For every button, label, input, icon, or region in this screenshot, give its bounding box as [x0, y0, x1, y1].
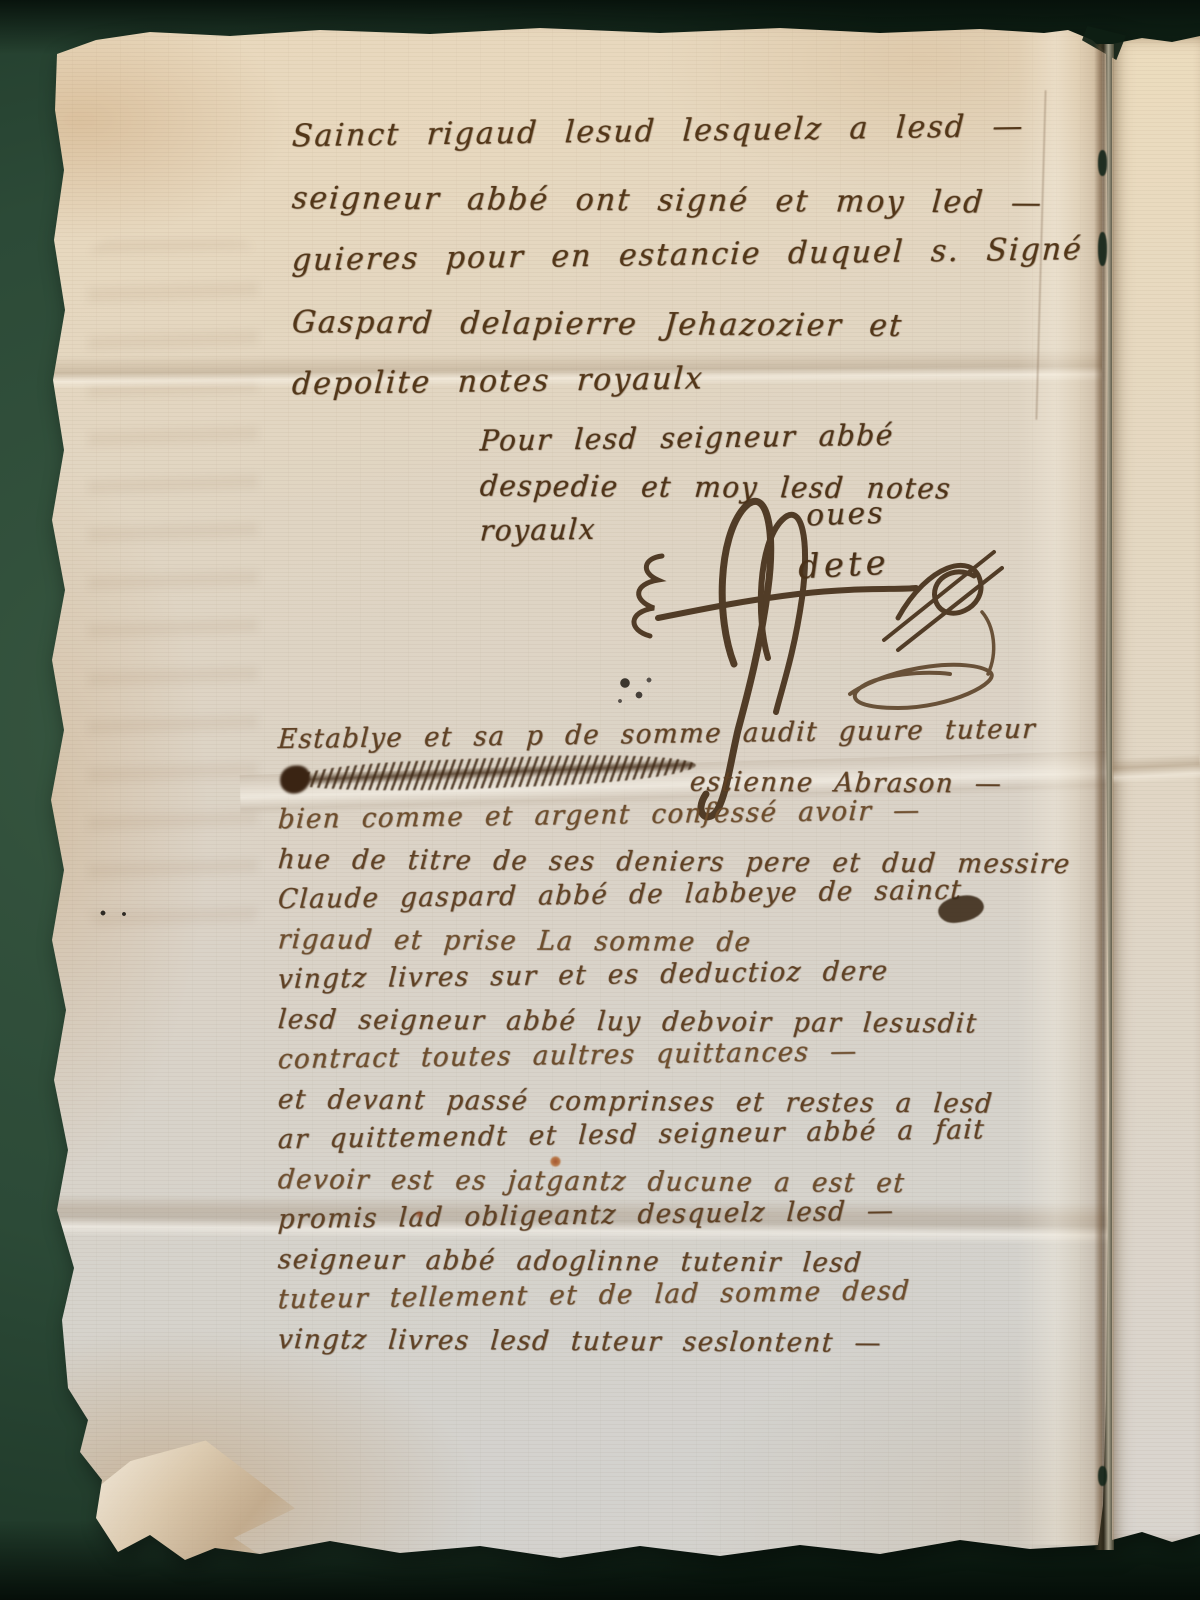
body-paragraph: Establye et sa p de somme audit guure tu…	[278, 720, 1071, 1360]
rust-stain	[550, 1156, 561, 1167]
ink-showthrough	[88, 240, 258, 930]
ink-specks	[98, 906, 132, 920]
ink-specks	[614, 670, 660, 716]
stitch-hole	[1098, 1466, 1107, 1486]
fold-crease-right-page	[1111, 754, 1200, 785]
handwritten-line: Pour lesd seigneur abbé	[479, 410, 953, 463]
torn-corner-flap	[60, 1438, 295, 1566]
signature-word: dete	[797, 543, 891, 588]
rust-stain	[415, 1210, 424, 1219]
closing-paragraph: Sainct rigaud lesud lesquelz a lesd — se…	[292, 106, 1083, 416]
manuscript-left-page: Sainct rigaud lesud lesquelz a lesd — se…	[0, 0, 1112, 1600]
paper-group: Sainct rigaud lesud lesquelz a lesd — se…	[0, 0, 1200, 1600]
handwritten-line: depolite notes royaulx	[290, 342, 1084, 418]
stitch-hole	[1098, 150, 1107, 176]
stitch-hole	[1098, 232, 1107, 266]
manuscript-photograph: Sainct rigaud lesud lesquelz a lesd — se…	[0, 0, 1200, 1600]
adjacent-page	[1112, 34, 1200, 1548]
signature-word: oues	[805, 496, 885, 534]
handwritten-line: vingtz livres lesd tuteur seslontent —	[276, 1319, 1072, 1365]
handwritten-line: Establye et sa p de somme audit guure tu…	[277, 708, 1072, 761]
binding-fold	[1094, 44, 1114, 1550]
handwritten-line: Sainct rigaud lesud lesquelz a lesd —	[290, 94, 1084, 170]
handwritten-line: guieres pour en estancie duquel s. Signé	[290, 218, 1084, 294]
